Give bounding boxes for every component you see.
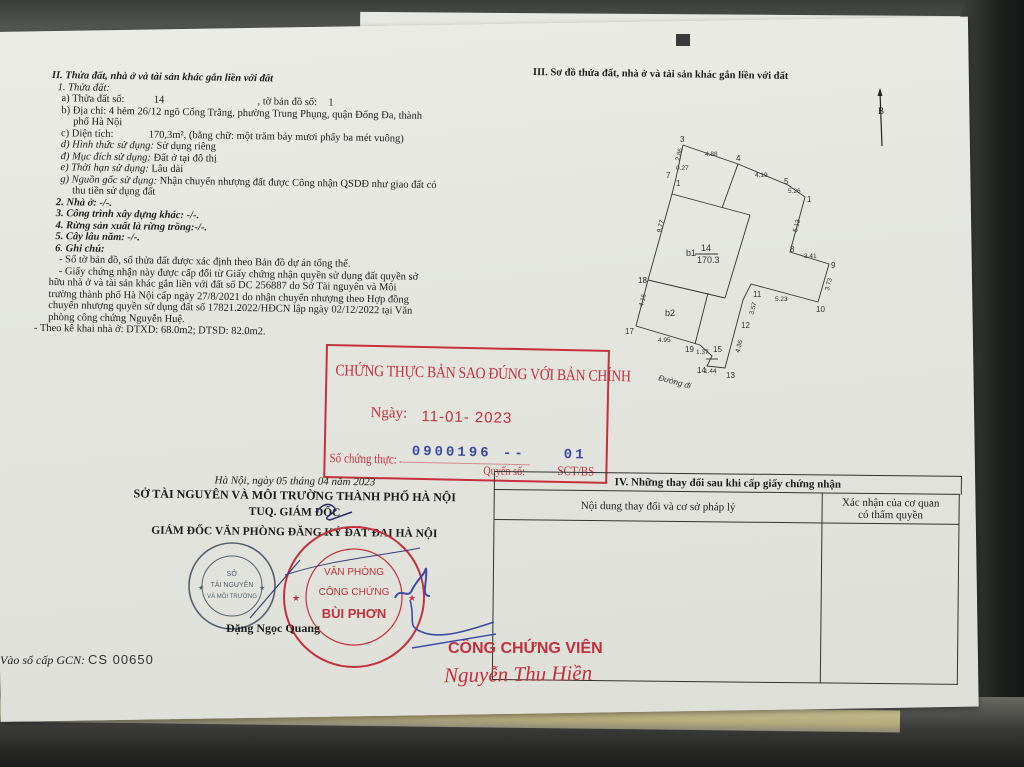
usage-form-value: Sử dụng riêng — [156, 141, 216, 153]
cert-number-label: Số chứng thực: — [329, 450, 397, 467]
signatory-name: Đặng Ngọc Quang — [226, 621, 320, 636]
edge-length: 4.36 — [735, 339, 745, 353]
edge-length: 4.19 — [755, 172, 768, 179]
svg-text:VÀ MÔI TRƯỜNG: VÀ MÔI TRƯỜNG — [207, 593, 257, 600]
edge-length: 9.77 — [656, 219, 666, 233]
purpose-value: Đất ở tại đô thị — [153, 152, 216, 164]
vertex-label: 12 — [741, 321, 750, 330]
svg-text:★: ★ — [259, 584, 265, 592]
notary-name: Nguyễn Thu Hiền — [444, 661, 593, 689]
vertex-label: 13 — [726, 371, 735, 380]
zone-label-b1: b1 — [686, 248, 696, 258]
zone-label-b2: b2 — [665, 308, 675, 318]
vertex-label: 1 — [807, 195, 812, 204]
map-sheet-label: , tờ bản đồ số: — [257, 96, 317, 108]
vertex-label: 10 — [816, 305, 825, 314]
column-header-changes: Nội dung thay đổi và cơ sở pháp lý — [494, 490, 822, 523]
edge-length: 3.73 — [824, 277, 834, 291]
edge-length: 0.27 — [676, 165, 689, 172]
term-value: Lâu dài — [151, 164, 183, 175]
stamp-title: CHỨNG THỰC BẢN SAO ĐÚNG VỚI BẢN CHÍNH — [335, 362, 631, 386]
edge-length: 5.26 — [788, 188, 801, 195]
parcel-diagram: 3 4 5 1 7 1 8 9 10 11 12 13 14 15 17 18 … — [600, 130, 860, 390]
svg-text:SỞ: SỞ — [227, 569, 238, 578]
vertex-label: 15 — [713, 345, 722, 354]
edge-length: 2.86 — [675, 147, 685, 161]
north-label: B — [878, 106, 884, 116]
term-label: e) Thời hạn sử dụng: — [60, 162, 148, 174]
vertex-label: 4 — [736, 154, 741, 163]
department-seal-icon: SỞ TÀI NGUYÊN VÀ MÔI TRƯỜNG ★ ★ — [186, 540, 278, 632]
edge-length: 4.16 — [638, 293, 648, 307]
area-label: c) Diện tích: — [61, 128, 114, 140]
section-land-info: II. Thửa đất, nhà ở và tài sản khác gắn … — [48, 70, 482, 341]
parcel-number: 14 — [154, 95, 165, 106]
vertex-label: 18 — [638, 276, 647, 285]
vertex-label: 8 — [790, 245, 795, 254]
edge-length: 5.13 — [792, 218, 802, 232]
edge-length: 1.44 — [704, 368, 717, 375]
vertex-label: 17 — [625, 327, 634, 336]
notary-office-seal-icon: VĂN PHÒNG CÔNG CHỨNG BÙI PHƠN ★ ★ — [280, 525, 428, 670]
svg-text:★: ★ — [292, 593, 300, 603]
section-3-title: III. Sơ đồ thửa đất, nhà ở và tài sản kh… — [533, 67, 789, 82]
stamp-date: 11-01- 2023 — [421, 408, 512, 427]
north-arrow-icon — [874, 88, 890, 148]
road-label: Đường đi — [657, 373, 691, 390]
edge-length: 4.88 — [705, 151, 718, 158]
edge-length: 3.57 — [749, 301, 759, 315]
book-number: 01 — [564, 447, 587, 463]
svg-text:BÙI PHƠN: BÙI PHƠN — [322, 606, 387, 621]
svg-text:CÔNG CHỨNG: CÔNG CHỨNG — [319, 585, 390, 598]
cert-number: 0900196 -- — [412, 444, 526, 462]
gcn-number: CS 00650 — [88, 652, 154, 667]
edge-length: 1.37 — [696, 349, 709, 356]
parcel-number-label: a) Thửa đất số: — [61, 93, 124, 105]
vertex-label: 3 — [680, 135, 685, 144]
vertex-label: 19 — [685, 345, 694, 354]
vertex-label: 7 — [666, 171, 671, 180]
edge-length: 4.95 — [658, 337, 671, 344]
gcn-register-row: Vào sổ cấp GCN: CS 00650 — [0, 652, 154, 668]
changes-cell — [492, 520, 822, 683]
parcel-number-label: 14 — [701, 243, 711, 253]
svg-text:VĂN PHÒNG: VĂN PHÒNG — [324, 565, 384, 578]
usage-form-label: d) Hình thức sử dụng: — [61, 139, 154, 151]
signatory-role: TUQ. GIÁM ĐỐC — [99, 504, 489, 521]
confirmation-cell — [820, 523, 959, 684]
svg-text:★: ★ — [198, 584, 204, 592]
gcn-label: Vào sổ cấp GCN: — [0, 653, 85, 667]
column-header-confirmation-line2: có thẩm quyền — [824, 508, 958, 521]
origin-label: g) Nguồn gốc sử dụng: — [60, 174, 157, 187]
notary-title: CÔNG CHỨNG VIÊN — [448, 640, 603, 658]
vertex-label: 9 — [831, 261, 836, 270]
vertex-label: 11 — [753, 290, 762, 299]
purpose-label: đ) Mục đích sử dụng: — [61, 151, 151, 163]
stamp-date-label: Ngày: — [370, 405, 407, 423]
column-header-confirmation-line1: Xác nhận của cơ quan — [824, 496, 958, 509]
certified-copy-stamp: CHỨNG THỰC BẢN SAO ĐÚNG VỚI BẢN CHÍNH Ng… — [323, 344, 610, 484]
document-content: II. Thửa đất, nhà ở và tài sản khác gắn … — [0, 0, 1024, 767]
svg-text:★: ★ — [408, 593, 416, 603]
parcel-area-label: 170.3 — [697, 255, 720, 265]
vertex-label: 1 — [676, 179, 681, 188]
map-sheet-number: 1 — [328, 97, 333, 108]
column-header-confirmation: Xác nhận của cơ quan có thẩm quyền — [822, 493, 959, 524]
svg-text:TÀI NGUYÊN: TÀI NGUYÊN — [211, 580, 254, 589]
edge-length: 3.41 — [804, 253, 817, 260]
edge-length: 5.23 — [775, 296, 788, 303]
vertex-label: 5 — [784, 177, 789, 186]
address-label: b) Địa chỉ: — [61, 105, 106, 117]
